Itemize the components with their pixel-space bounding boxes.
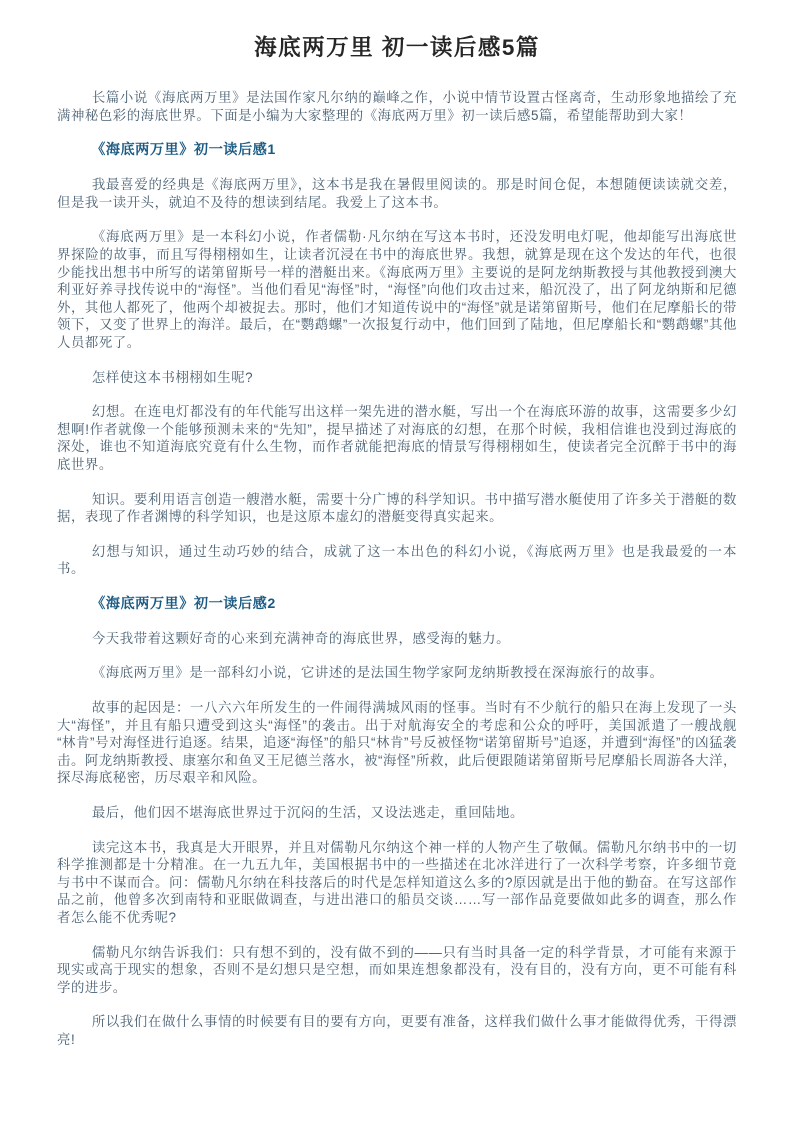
section-heading-2: 《海底两万里》初一读后感2 bbox=[91, 595, 737, 613]
paragraph: 《海底两万里》是一部科幻小说，它讲述的是法国生物学家阿龙纳斯教授在深海旅行的故事… bbox=[57, 664, 737, 682]
paragraph: 幻想与知识，通过生动巧妙的结合，成就了这一本出色的科幻小说，《海底两万里》也是我… bbox=[57, 543, 737, 578]
paragraph: 《海底两万里》是一本科幻小说，作者儒勒·凡尔纳在写这本书时，还没发明电灯呢，他却… bbox=[57, 228, 737, 351]
paragraph: 今天我带着这颗好奇的心来到充满神奇的海底世界，感受海的魅力。 bbox=[57, 630, 737, 648]
paragraph: 最后，他们因不堪海底世界过于沉闷的生活，又设法逃走，重回陆地。 bbox=[57, 804, 737, 822]
paragraph: 知识。要利用语言创造一艘潜水艇，需要十分广博的科学知识。书中描写潜水艇使用了许多… bbox=[57, 491, 737, 526]
paragraph: 儒勒凡尔纳告诉我们：只有想不到的，没有做不到的——只有当时具备一定的科学背景，才… bbox=[57, 944, 737, 997]
paragraph: 幻想。在连电灯都没有的年代能写出这样一架先进的潜水艇，写出一个在海底环游的故事，… bbox=[57, 403, 737, 473]
paragraph-intro: 长篇小说《海底两万里》是法国作家凡尔纳的巅峰之作，小说中情节设置古怪离奇，生动形… bbox=[57, 89, 737, 124]
paragraph: 怎样使这本书栩栩如生呢? bbox=[57, 369, 737, 387]
paragraph: 故事的起因是：一八六六年所发生的一件闹得满城风雨的怪事。当时有不少航行的船只在海… bbox=[57, 699, 737, 787]
paragraph: 所以我们在做什么事情的时候要有目的要有方向，更要有准备，这样我们做什么事才能做得… bbox=[57, 1013, 737, 1048]
paragraph: 读完这本书，我真是大开眼界，并且对儒勒凡尔纳这个神一样的人物产生了敬佩。儒勒凡尔… bbox=[57, 839, 737, 927]
page-title: 海底两万里 初一读后感5篇 bbox=[57, 34, 737, 62]
section-heading-1: 《海底两万里》初一读后感1 bbox=[91, 141, 737, 159]
paragraph: 我最喜爱的经典是《海底两万里》，这本书是我在暑假里阅读的。那是时间仓促，本想随便… bbox=[57, 176, 737, 211]
document-page: 海底两万里 初一读后感5篇 长篇小说《海底两万里》是法国作家凡尔纳的巅峰之作，小… bbox=[0, 0, 794, 1123]
